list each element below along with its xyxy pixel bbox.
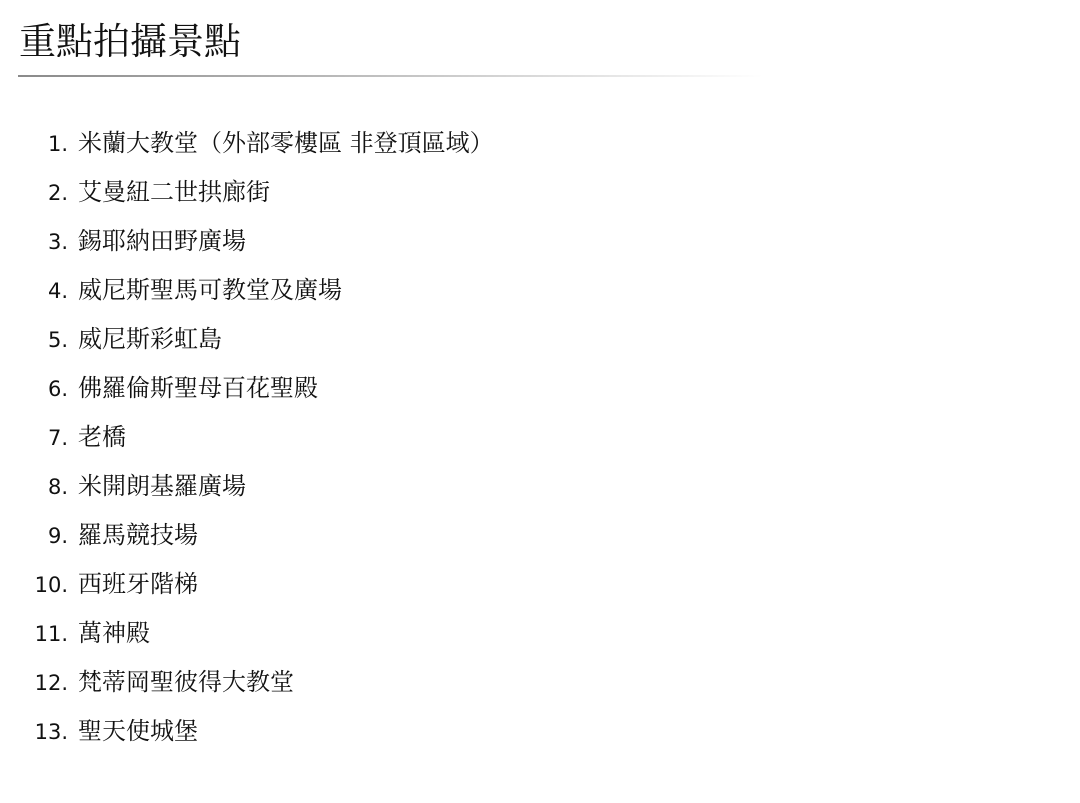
item-number: 8. [0, 463, 78, 512]
list-item: 9.羅馬競技場 [0, 511, 494, 560]
item-number: 4. [0, 267, 78, 316]
item-label: 威尼斯彩虹島 [78, 315, 222, 364]
list-item: 13.聖天使城堡 [0, 707, 494, 756]
item-number: 6. [0, 365, 78, 414]
item-number: 1. [0, 120, 78, 169]
item-number: 7. [0, 414, 78, 463]
item-number: 5. [0, 316, 78, 365]
list-item: 7.老橋 [0, 413, 494, 462]
item-label: 西班牙階梯 [78, 560, 198, 609]
title-divider [18, 75, 763, 77]
item-label: 錫耶納田野廣場 [78, 217, 246, 266]
item-label: 米開朗基羅廣場 [78, 462, 246, 511]
list-item: 2.艾曼紐二世拱廊街 [0, 168, 494, 217]
item-number: 3. [0, 218, 78, 267]
list-item: 5.威尼斯彩虹島 [0, 315, 494, 364]
item-label: 威尼斯聖馬可教堂及廣場 [78, 266, 342, 315]
list-item: 4.威尼斯聖馬可教堂及廣場 [0, 266, 494, 315]
item-label: 米蘭大教堂（外部零樓區 非登頂區域） [78, 119, 494, 168]
item-number: 12. [0, 659, 78, 708]
item-number: 9. [0, 512, 78, 561]
item-number: 11. [0, 610, 78, 659]
item-label: 艾曼紐二世拱廊街 [78, 168, 270, 217]
list-item: 1.米蘭大教堂（外部零樓區 非登頂區域） [0, 119, 494, 168]
item-label: 梵蒂岡聖彼得大教堂 [78, 658, 294, 707]
item-number: 10. [0, 561, 78, 610]
item-label: 羅馬競技場 [78, 511, 198, 560]
item-label: 佛羅倫斯聖母百花聖殿 [78, 364, 318, 413]
list-item: 3.錫耶納田野廣場 [0, 217, 494, 266]
item-label: 老橋 [78, 413, 126, 462]
item-label: 萬神殿 [78, 609, 150, 658]
photo-spot-list: 1.米蘭大教堂（外部零樓區 非登頂區域） 2.艾曼紐二世拱廊街 3.錫耶納田野廣… [0, 119, 494, 756]
item-number: 13. [0, 708, 78, 757]
list-item: 8.米開朗基羅廣場 [0, 462, 494, 511]
list-item: 10.西班牙階梯 [0, 560, 494, 609]
item-label: 聖天使城堡 [78, 707, 198, 756]
page-title: 重點拍攝景點 [19, 16, 241, 68]
item-number: 2. [0, 169, 78, 218]
list-item: 12.梵蒂岡聖彼得大教堂 [0, 658, 494, 707]
list-item: 11.萬神殿 [0, 609, 494, 658]
list-item: 6.佛羅倫斯聖母百花聖殿 [0, 364, 494, 413]
